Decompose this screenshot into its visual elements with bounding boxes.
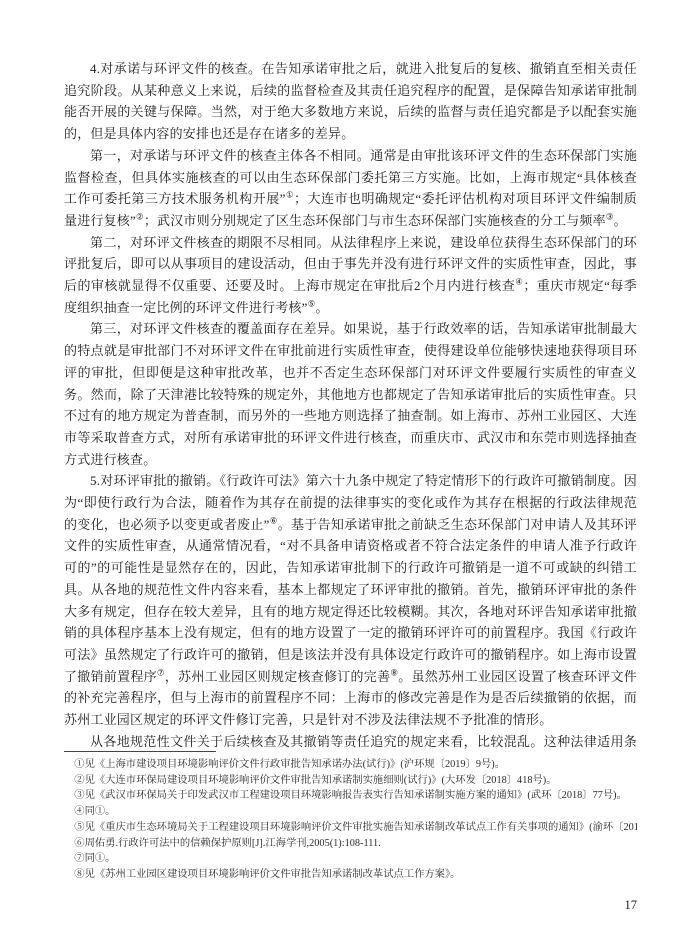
body-paragraph: 从各地规范性文件关于后续核查及其撤销等责任追究的规定来看，比较混乱。这种法律适用… [64,731,637,750]
footnote-item: ④同①。 [64,804,637,820]
footnote-ref: ⑤ [308,298,316,308]
footnote-separator [64,751,216,752]
footnote-ref: ④ [515,277,523,287]
footnote-item: ⑦同①。 [64,851,637,867]
document-page: 4.对承诺与环评文件的核查。在告知承诺审批之后，就进入批复后的复核、撤销直至相关… [0,0,700,943]
footnote-ref: ① [286,190,294,200]
footnote-item: ①见《上海市建设项目环境影响评价文件行政审批告知承诺办法(试行)》(沪环规〔20… [64,757,637,773]
footnote-ref: ⑥ [270,515,278,525]
footnote-ref: ③ [606,212,614,222]
footnotes-section: ①见《上海市建设项目环境影响评价文件行政审批告知承诺办法(试行)》(沪环规〔20… [64,757,637,883]
footnote-item: ⑤见《重庆市生态环境局关于工程建设项目环境影响评价文件审批实施告知承诺制改革试点… [64,820,637,836]
body-paragraph: 第二，对环评文件核查的期限不尽相同。从法律程序上来说，建设单位获得生态环保部门的… [64,232,637,319]
body-paragraph: 第一，对承诺与环评文件的核查主体各不相同。通常是由审批该环评文件的生态环保部门实… [64,145,637,232]
page-number: 17 [625,898,638,913]
footnote-item: ②见《大连市环保局建设项目环境影响评价文件审批告知承诺制实施细则(试行)》(大环… [64,773,637,789]
footnote-item: ⑧见《苏州工业园区建设项目环境影响评价文件审批告知承诺制改革试点工作方案》。 [64,867,637,883]
footnote-ref: ⑦ [157,667,165,677]
footnote-ref: ② [136,212,144,222]
footnote-block: ①见《上海市建设项目环境影响评价文件行政审批告知承诺办法(试行)》(沪环规〔20… [64,751,637,883]
body-paragraph: 5.对环评审批的撤销。《行政许可法》第六十九条中规定了特定情形下的行政许可撤销制… [64,470,637,730]
footnote-ref: ⑧ [390,667,398,677]
body-paragraph: 4.对承诺与环评文件的核查。在告知承诺审批之后，就进入批复后的复核、撤销直至相关… [64,58,637,145]
body-paragraph: 第三，对环评文件核查的覆盖面存在差异。如果说，基于行政效率的话，告知承诺审批制最… [64,318,637,470]
footnote-item: ⑥周佑勇.行政许可法中的信赖保护原则[J].江海学刊,2005(1):108-1… [64,836,637,852]
body-text: 4.对承诺与环评文件的核查。在告知承诺审批之后，就进入批复后的复核、撤销直至相关… [64,58,637,750]
footnote-item: ③见《武汉市环保局关于印发武汉市工程建设项目环境影响报告表实行告知承诺制实施方案… [64,788,637,804]
